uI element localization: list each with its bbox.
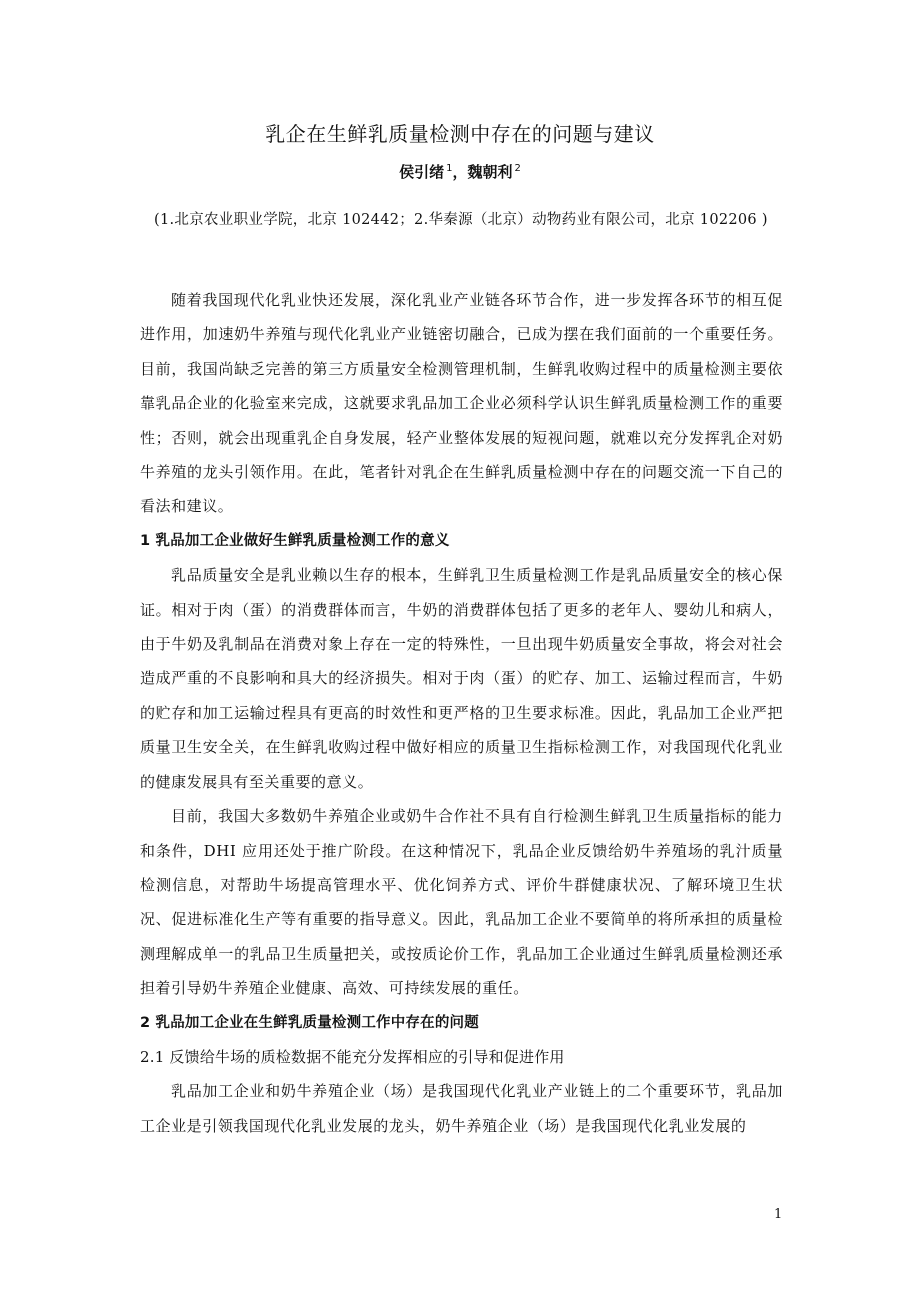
document-page: 乳企在生鲜乳质量检测中存在的问题与建议 侯引绪1，魏朝利2 (1.北京农业职业学… <box>0 0 920 1302</box>
body-paragraph: 目前，我国大多数奶牛养殖企业或奶牛合作社不具有自行检测生鲜乳卫生质量指标的能力和… <box>140 799 783 1005</box>
page-number: 1 <box>774 1207 782 1222</box>
document-body: 随着我国现代化乳业快还发展，深化乳业产业链各环节合作，进一步发挥各环节的相互促进… <box>140 283 783 1143</box>
author-name: 魏朝利 <box>468 163 513 181</box>
body-paragraph: 乳品质量安全是乳业赖以生存的根本，生鲜乳卫生质量检测工作是乳品质量安全的核心保证… <box>140 558 783 799</box>
body-paragraph: 乳品加工企业和奶牛养殖企业（场）是我国现代化乳业产业链上的二个重要环节，乳品加工… <box>140 1074 783 1143</box>
section-heading: 1 乳品加工企业做好生鲜乳质量检测工作的意义 <box>140 524 783 558</box>
document-title: 乳企在生鲜乳质量检测中存在的问题与建议 <box>0 118 920 147</box>
author-name: 侯引绪 <box>399 163 444 181</box>
section-heading: 2 乳品加工企业在生鲜乳质量检测工作中存在的问题 <box>140 1006 783 1040</box>
author-affiliation-marker: 2 <box>515 163 521 174</box>
author-separator: ， <box>452 163 467 181</box>
author-line: 侯引绪1，魏朝利2 <box>0 161 920 182</box>
intro-paragraph: 随着我国现代化乳业快还发展，深化乳业产业链各环节合作，进一步发挥各环节的相互促进… <box>140 283 783 524</box>
affiliation: (1.北京农业职业学院，北京 102442；2.华秦源（北京）动物药业有限公司，… <box>140 208 782 233</box>
subsection-heading: 2.1 反馈给牛场的质检数据不能充分发挥相应的引导和促进作用 <box>140 1040 783 1074</box>
